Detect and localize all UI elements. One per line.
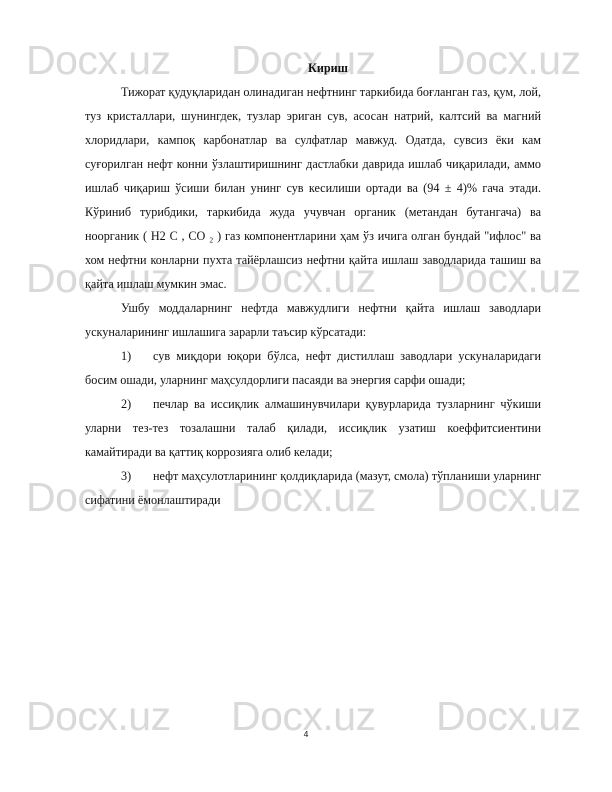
list-item: 1)сув миқдори юқори бўлса, нефт дистилла… bbox=[85, 344, 541, 392]
document-page: Docx.uz Docx.uz Docx.uz Docx.uz Docx.uz … bbox=[0, 0, 612, 792]
list-number: 1) bbox=[121, 344, 153, 368]
list-number: 2) bbox=[121, 392, 153, 416]
list-text: сув миқдори юқори бўлса, нефт дистиллаш … bbox=[85, 349, 541, 387]
list-item: 2)печлар ва иссиқлик алмашинувчилари қув… bbox=[85, 392, 541, 464]
list-number: 3) bbox=[121, 464, 153, 488]
list-text: печлар ва иссиқлик алмашинувчилари қувур… bbox=[85, 397, 541, 459]
document-body: Кириш Тижорат қудуқларидан олинадиган не… bbox=[85, 56, 541, 512]
paragraph-effects: Ушбу моддаларнинг нефтда мавжудлиги нефт… bbox=[85, 296, 541, 344]
page-number: 4 bbox=[0, 730, 612, 739]
paragraph-intro: Тижорат қудуқларидан олинадиган нефтнинг… bbox=[85, 80, 541, 296]
list-item: 3)нефт маҳсулотларининг қолдиқларида (ма… bbox=[85, 464, 541, 512]
section-title: Кириш bbox=[85, 56, 541, 80]
list-text: нефт маҳсулотларининг қолдиқларида (мазу… bbox=[85, 469, 541, 507]
